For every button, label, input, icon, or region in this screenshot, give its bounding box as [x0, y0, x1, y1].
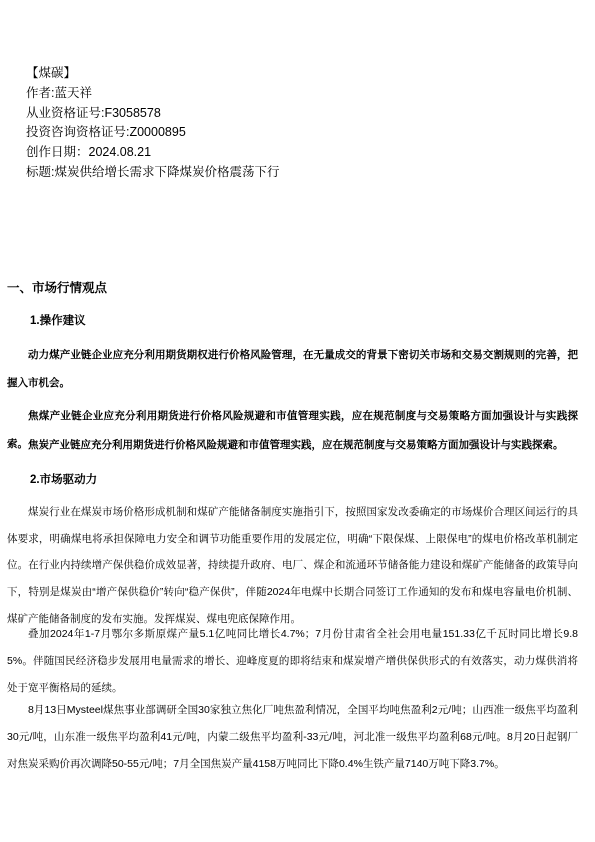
driver-paragraph-policy: 煤炭行业在煤炭市场价格形成机制和煤矿产能储备制度实施指引下，按照国家发改委确定的… [7, 499, 578, 633]
advice-paragraph-coke: 焦炭产业链应充分利用期货进行价格风险规避和市值管理实践，应在规范制度与交易策略方… [7, 432, 578, 460]
subsection-heading-advice: 1.操作建议 [30, 314, 86, 328]
author-line: 作者:蓝天祥 [26, 84, 279, 104]
driver-paragraph-coke-profit: 8月13日Mysteel煤焦事业部调研全国30家独立焦化厂吨焦盈利情况，全国平均… [7, 697, 578, 778]
category-tag: 【煤碳】 [26, 64, 279, 84]
driver-paragraph-supply-demand: 叠加2024年1-7月鄂尔多斯原煤产量5.1亿吨同比增长4.7%；7月份甘肃省全… [7, 621, 578, 702]
section-heading-market-view: 一、市场行情观点 [7, 281, 107, 296]
advice-paragraph-thermal-coal: 动力煤产业链企业应充分利用期货期权进行价格风险管理，在无量成交的背景下密切关市场… [7, 342, 578, 397]
report-title-line: 标题:煤炭供给增长需求下降煤炭价格震荡下行 [26, 163, 279, 183]
report-header: 【煤碳】 作者:蓝天祥 从业资格证号:F3058578 投资咨询资格证号:Z00… [26, 64, 279, 183]
practice-cert-line: 从业资格证号:F3058578 [26, 104, 279, 124]
creation-date-line: 创作日期：2024.08.21 [26, 143, 279, 163]
document-page: 【煤碳】 作者:蓝天祥 从业资格证号:F3058578 投资咨询资格证号:Z00… [0, 0, 595, 842]
subsection-heading-drivers: 2.市场驱动力 [30, 473, 97, 487]
advisory-cert-line: 投资咨询资格证号:Z0000895 [26, 123, 279, 143]
